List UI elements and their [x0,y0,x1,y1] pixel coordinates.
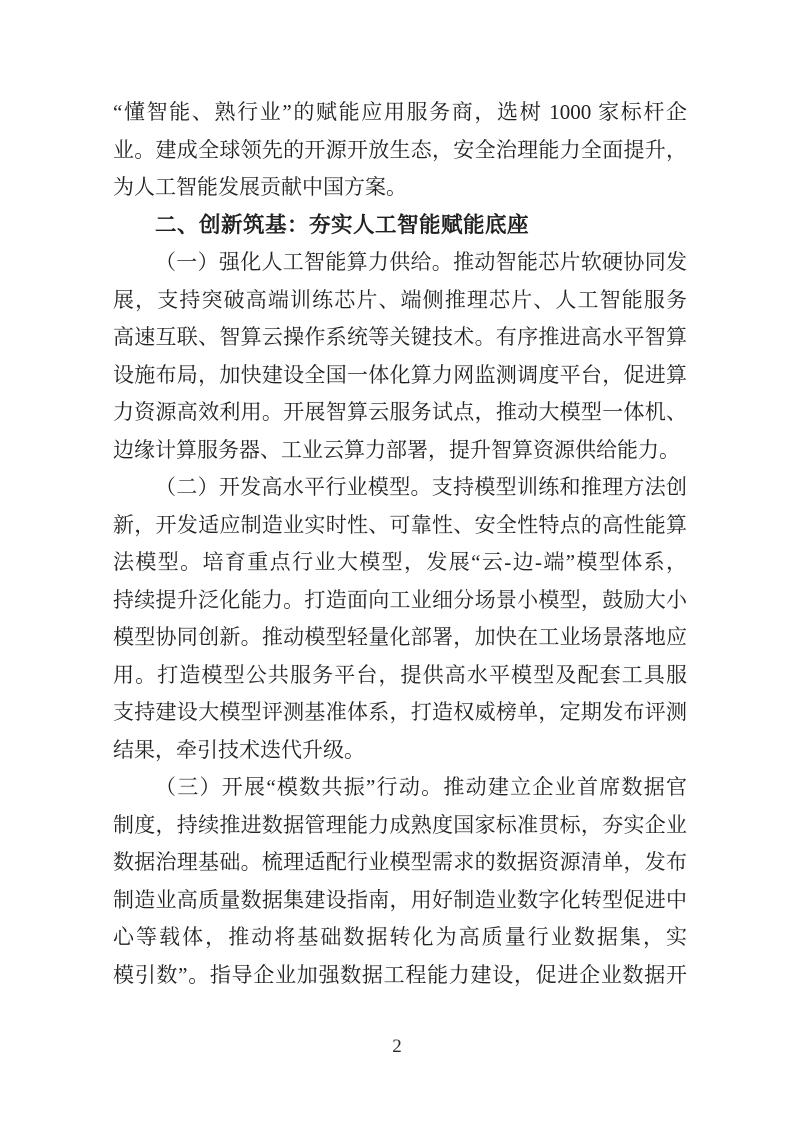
text-line: 结果，牵引技术迭代升级。 [113,732,687,770]
text-line: 法模型。培育重点行业大模型，发展“云-边-端”模型体系， [113,544,687,582]
paragraph: “懂智能、熟行业”的赋能应用服务商，选树 1000 家标杆企业。建成全球领先的开… [113,94,687,207]
text-line: 力资源高效利用。开展智算云服务试点，推动大模型一体机、 [113,394,687,432]
text-line: 新，开发适应制造业实时性、可靠性、安全性特点的高性能算 [113,507,687,545]
text-line: （一）强化人工智能算力供给。推动智能芯片软硬协同发 [113,244,687,282]
heading-text: 二、创新筑基：夯实人工智能赋能底座 [113,207,687,245]
text-line: 业。建成全球领先的开源开放生态，安全治理能力全面提升， [113,132,687,170]
text-line: 边缘计算服务器、工业云算力部署，提升智算资源供给能力。 [113,432,687,470]
text-line: 心等载体，推动将基础数据转化为高质量行业数据集，实现“以 [113,919,687,957]
text-line: 用。打造模型公共服务平台，提供高水平模型及配套工具服务。 [113,657,687,695]
page-number: 2 [0,1034,794,1060]
text-line: 支持建设大模型评测基准体系，打造权威榜单，定期发布评测 [113,694,687,732]
text-line: 数据治理基础。梳理适配行业模型需求的数据资源清单，发布 [113,844,687,882]
text-line: 模引数”。指导企业加强数据工程能力建设，促进企业数据开 [113,957,687,995]
text-line: 制度，持续推进数据管理能力成熟度国家标准贯标，夯实企业 [113,807,687,845]
text-line: 持续提升泛化能力。打造面向工业细分场景小模型，鼓励大小 [113,582,687,620]
section-heading: 二、创新筑基：夯实人工智能赋能底座 [113,207,687,245]
text-line: “懂智能、熟行业”的赋能应用服务商，选树 1000 家标杆企 [113,94,687,132]
text-line: 模型协同创新。推动模型轻量化部署，加快在工业场景落地应 [113,619,687,657]
paragraph: （三）开展“模数共振”行动。推动建立企业首席数据官制度，持续推进数据管理能力成熟… [113,769,687,994]
paragraph: （二）开发高水平行业模型。支持模型训练和推理方法创新，开发适应制造业实时性、可靠… [113,469,687,769]
document-body: “懂智能、熟行业”的赋能应用服务商，选树 1000 家标杆企业。建成全球领先的开… [113,94,687,994]
document-page: “懂智能、熟行业”的赋能应用服务商，选树 1000 家标杆企业。建成全球领先的开… [0,0,794,1123]
text-line: 设施布局，加快建设全国一体化算力网监测调度平台，促进算 [113,357,687,395]
text-line: 展，支持突破高端训练芯片、端侧推理芯片、人工智能服务器、 [113,282,687,320]
text-line: 高速互联、智算云操作系统等关键技术。有序推进高水平智算 [113,319,687,357]
text-line: （二）开发高水平行业模型。支持模型训练和推理方法创 [113,469,687,507]
paragraph: （一）强化人工智能算力供给。推动智能芯片软硬协同发展，支持突破高端训练芯片、端侧… [113,244,687,469]
text-line: （三）开展“模数共振”行动。推动建立企业首席数据官 [113,769,687,807]
text-line: 为人工智能发展贡献中国方案。 [113,169,687,207]
text-line: 制造业高质量数据集建设指南，用好制造业数字化转型促进中 [113,882,687,920]
